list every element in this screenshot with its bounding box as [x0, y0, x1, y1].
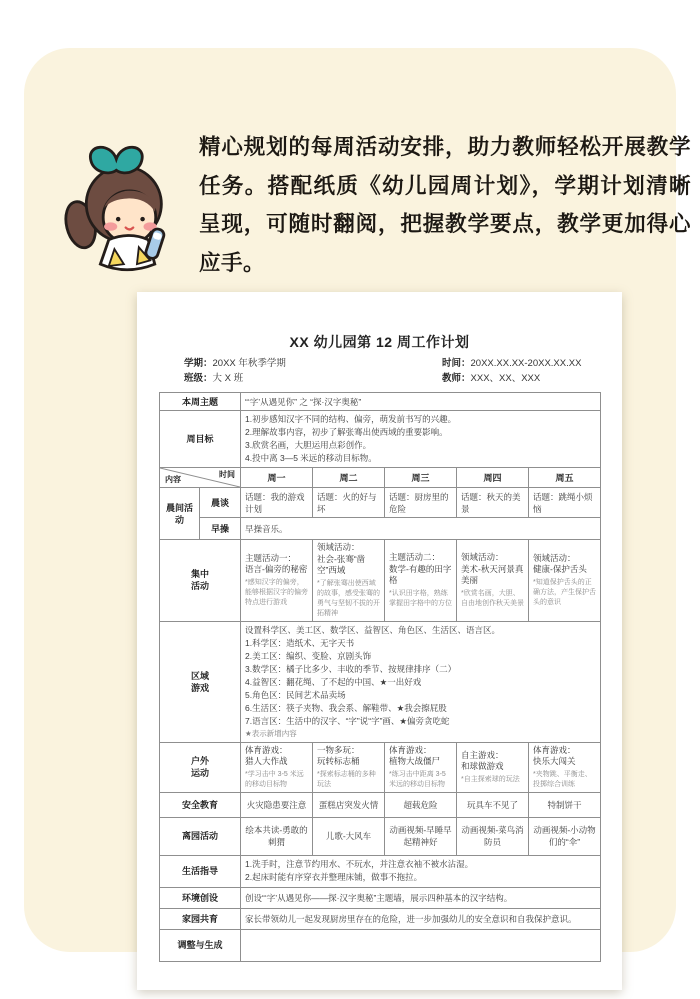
- cream-card: 精心规划的每周活动安排，助力教师轻松开展教学任务。搭配纸质《幼儿园周计划》，学期…: [24, 48, 676, 952]
- talk-cell: 话题：我的游戏计划: [241, 488, 313, 518]
- leave-cell: 动画视频-小动物们的“伞”: [529, 817, 601, 855]
- outdoor-cell: 自主游戏： 和球做游戏 *自主探索球的玩法: [457, 742, 529, 792]
- focus-cell: 主题活动二： 数学-有趣的田字格 *认识田字格，熟练掌握田字格中的方位: [385, 540, 457, 622]
- row-goals: 周目标 1.初步感知汉字不同的结构、偏旁，萌发前书写的兴趣。 2.理解故事内容，…: [160, 411, 601, 468]
- row-morning-talk: 晨间活动 晨谈 话题：我的游戏计划 话题：火的好与坏 话题：厨房里的危险 话题：…: [160, 488, 601, 518]
- meta-semester: 学期：20XX 年秋季学期: [184, 356, 286, 371]
- leave-cell: 绘本共读-勇敢的刺猬: [241, 817, 313, 855]
- focus-cell: 领域活动： 社会-张骞“凿空”西域 *了解张骞出使西域的故事，感受张骞的勇气与坚…: [313, 540, 385, 622]
- theme-text: “‘字’从遇见你” 之 “探·汉字奥秘”: [241, 393, 601, 411]
- row-adjust: 调整与生成: [160, 929, 601, 961]
- row-life: 生活指导 1.洗手时，注意节约用水、不玩水，并注意衣袖不被水沾湿。 2.起床时能…: [160, 855, 601, 887]
- row-home: 家园共育 家长带领幼儿一起发现厨房里存在的危险，进一步加强幼儿的安全意识和自我保…: [160, 908, 601, 929]
- corner-cell: 时间 内容: [160, 468, 241, 488]
- weekly-plan-paper: XX 幼儿园第 12 周工作计划 学期：20XX 年秋季学期 班级：大 X 班 …: [137, 292, 622, 990]
- talk-cell: 话题：火的好与坏: [313, 488, 385, 518]
- blush-left: [104, 222, 117, 230]
- adjust-text: [241, 929, 601, 961]
- day-thu: 周四: [457, 468, 529, 488]
- leave-cell: 动画视频-菜鸟消防员: [457, 817, 529, 855]
- row-region: 区域游戏 设置科学区、美工区、数学区、益智区、角色区、生活区、语言区。 1.科学…: [160, 621, 601, 742]
- meta-time: 时间：20XX.XX.XX-20XX.XX.XX: [442, 356, 581, 371]
- day-fri: 周五: [529, 468, 601, 488]
- row-theme: 本周主题 “‘字’从遇见你” 之 “探·汉字奥秘”: [160, 393, 601, 411]
- row-env: 环境创设 创设“‘字’从遇见你——探·汉字奥秘”主题墙，展示四种基本的汉字结构。: [160, 887, 601, 908]
- day-mon: 周一: [241, 468, 313, 488]
- bow-icon: [90, 147, 142, 173]
- talk-cell: 话题：跳绳小烦恼: [529, 488, 601, 518]
- row-safety: 安全教育 火灾隐患要注意 蛋糕店突发火情 超载危险 玩具车不见了 特制饼干: [160, 792, 601, 817]
- leave-cell: 动画视频-早睡早起精神好: [385, 817, 457, 855]
- safety-cell: 玩具车不见了: [457, 792, 529, 817]
- label-env: 环境创设: [160, 887, 241, 908]
- safety-cell: 蛋糕店突发火情: [313, 792, 385, 817]
- region-text: 设置科学区、美工区、数学区、益智区、角色区、生活区、语言区。 1.科学区：造纸术…: [241, 621, 601, 742]
- day-wed: 周三: [385, 468, 457, 488]
- leave-cell: 儿歌-大风车: [313, 817, 385, 855]
- focus-cell: 领域活动： 健康-保护舌头 *知道保护舌头的正确方法，产生保护舌头的意识: [529, 540, 601, 622]
- label-theme: 本周主题: [160, 393, 241, 411]
- page: { "intro": { "text": "精心规划的每周活动安排，助力教师轻松…: [0, 0, 700, 999]
- label-life: 生活指导: [160, 855, 241, 887]
- life-text: 1.洗手时，注意节约用水、不玩水，并注意衣袖不被水沾湿。 2.起床时能有序穿衣并…: [241, 855, 601, 887]
- talk-cell: 话题：厨房里的危险: [385, 488, 457, 518]
- row-focus: 集中活动 主题活动一： 语言-偏旁的秘密 *感知汉字的偏旁，能够根据汉字的偏旁特…: [160, 540, 601, 622]
- intro-text: 精心规划的每周活动安排，助力教师轻松开展教学任务。搭配纸质《幼儿园周计划》，学期…: [199, 128, 691, 282]
- region-note: ★表示新增内容: [245, 728, 596, 740]
- label-talk: 晨谈: [200, 488, 241, 518]
- outdoor-cell: 体育游戏： 植物大战僵尸 *练习击中距离 3-5 米远的移动目标物: [385, 742, 457, 792]
- meta-teachers: 教师：XXX、XX、XXX: [442, 371, 581, 386]
- row-days: 时间 内容 周一 周二 周三 周四 周五: [160, 468, 601, 488]
- home-text: 家长带领幼儿一起发现厨房里存在的危险，进一步加强幼儿的安全意识和自我保护意识。: [241, 908, 601, 929]
- label-safety: 安全教育: [160, 792, 241, 817]
- outdoor-cell: 体育游戏： 快乐大闯关 *夹物跳、平衡走、投掷综合训练: [529, 742, 601, 792]
- exercise-text: 早操音乐。: [241, 518, 601, 540]
- label-morning: 晨间活动: [160, 488, 200, 540]
- env-text: 创设“‘字’从遇见你——探·汉字奥秘”主题墙，展示四种基本的汉字结构。: [241, 887, 601, 908]
- goals-text: 1.初步感知汉字不同的结构、偏旁，萌发前书写的兴趣。 2.理解故事内容，初步了解…: [241, 411, 601, 468]
- outdoor-cell: 一物多玩： 玩转标志桶 *探索标志桶的多种玩法: [313, 742, 385, 792]
- doc-title: XX 幼儿园第 12 周工作计划: [137, 332, 622, 352]
- label-region: 区域游戏: [160, 621, 241, 742]
- weekly-plan-table: 本周主题 “‘字’从遇见你” 之 “探·汉字奥秘” 周目标 1.初步感知汉字不同…: [159, 392, 601, 962]
- label-leave: 离园活动: [160, 817, 241, 855]
- talk-cell: 话题：秋天的美景: [457, 488, 529, 518]
- outdoor-cell: 体育游戏： 猎人大作战 *学习击中 3-5 米远的移动目标物: [241, 742, 313, 792]
- safety-cell: 超载危险: [385, 792, 457, 817]
- label-exercise: 早操: [200, 518, 241, 540]
- focus-cell: 主题活动一： 语言-偏旁的秘密 *感知汉字的偏旁，能够根据汉字的偏旁特点进行游戏: [241, 540, 313, 622]
- row-leave: 离园活动 绘本共读-勇敢的刺猬 儿歌-大风车 动画视频-早睡早起精神好 动画视频…: [160, 817, 601, 855]
- doc-meta: 学期：20XX 年秋季学期 班级：大 X 班 时间：20XX.XX.XX-20X…: [137, 356, 622, 388]
- label-focus: 集中活动: [160, 540, 241, 622]
- meta-class: 班级：大 X 班: [184, 371, 286, 386]
- focus-cell: 领域活动： 美术-秋天河景真美丽 *欣赏名画，大胆、自由地创作秋天美景: [457, 540, 529, 622]
- label-outdoor: 户外运动: [160, 742, 241, 792]
- day-tue: 周二: [313, 468, 385, 488]
- row-outdoor: 户外运动 体育游戏： 猎人大作战 *学习击中 3-5 米远的移动目标物 一物多玩…: [160, 742, 601, 792]
- label-goals: 周目标: [160, 411, 241, 468]
- safety-cell: 特制饼干: [529, 792, 601, 817]
- label-adjust: 调整与生成: [160, 929, 241, 961]
- label-home: 家园共育: [160, 908, 241, 929]
- row-morning-exercise: 早操 早操音乐。: [160, 518, 601, 540]
- mascot-girl-illustration: [60, 134, 182, 276]
- safety-cell: 火灾隐患要注意: [241, 792, 313, 817]
